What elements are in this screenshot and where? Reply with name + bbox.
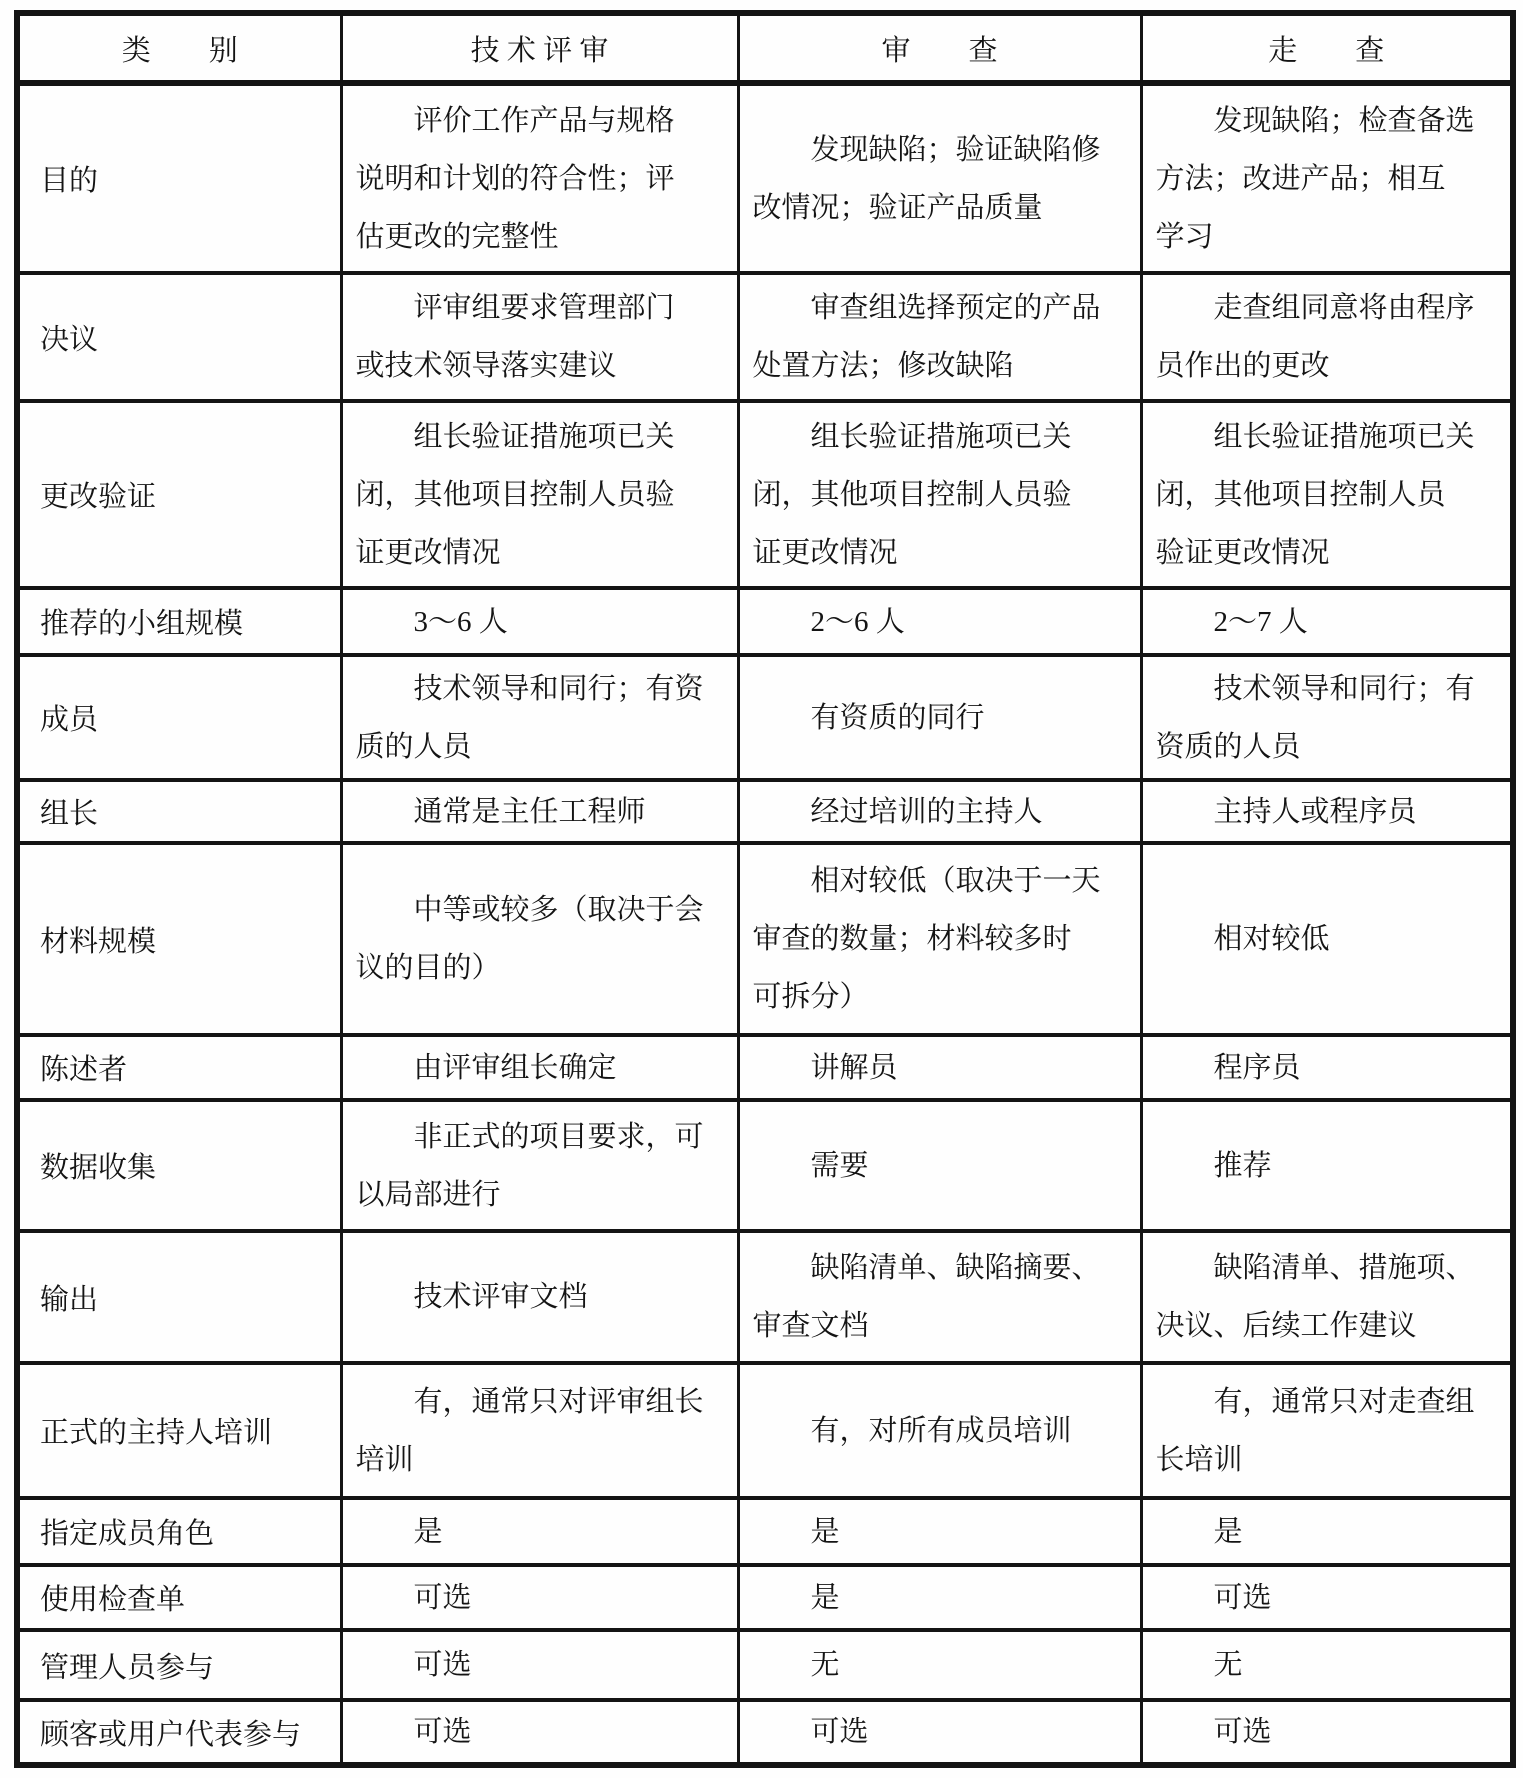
cell: 组长验证措施项已关 闭，其他项目控制人员验 证更改情况 [738,401,1141,588]
cell: 无 [1141,1630,1513,1700]
cell: 非正式的项目要求，可 以局部进行 [341,1100,738,1231]
cell-text: 相对较低（取决于一天 审查的数量；材料较多时 可拆分） [740,852,1140,1026]
cell-text: 中等或较多（取决于会 议的目的） [343,881,737,997]
cell-text: 是 [740,1569,1140,1627]
table-row: 成员 技术领导和同行；有资 质的人员 有资质的同行 技术领导和同行；有 资质的人… [17,655,1513,780]
cell: 有，通常只对走查组 长培训 [1141,1363,1513,1498]
cell-text: 有，对所有成员培训 [740,1402,1140,1460]
cell-text: 可选 [1143,1569,1511,1627]
cell: 是 [1141,1498,1513,1565]
cell: 是 [341,1498,738,1565]
cell-text: 主持人或程序员 [1143,783,1511,841]
row-label: 顾客或用户代表参与 [17,1700,341,1765]
cell-text: 可选 [740,1703,1140,1761]
cell-text: 由评审组长确定 [343,1039,737,1097]
cell-text: 可选 [343,1569,737,1627]
cell-text: 有资质的同行 [740,689,1140,747]
cell: 2～7 人 [1141,588,1513,655]
cell: 经过培训的主持人 [738,780,1141,843]
cell: 走查组同意将由程序 员作出的更改 [1141,273,1513,401]
row-label: 数据收集 [17,1100,341,1231]
cell-text: 技术领导和同行；有 资质的人员 [1143,660,1511,776]
cell: 评审组要求管理部门 或技术领导落实建议 [341,273,738,401]
cell: 技术领导和同行；有 资质的人员 [1141,655,1513,780]
row-label: 材料规模 [17,843,341,1035]
cell-text: 无 [1143,1636,1511,1694]
header-row: 类 别 技 术 评 审 审 查 走 查 [17,13,1513,83]
cell: 程序员 [1141,1035,1513,1100]
cell: 可选 [341,1630,738,1700]
cell-text: 可选 [343,1636,737,1694]
row-label: 组长 [17,780,341,843]
cell: 推荐 [1141,1100,1513,1231]
cell-text: 有，通常只对评审组长 培训 [343,1373,737,1489]
cell-text: 是 [343,1503,737,1561]
cell: 中等或较多（取决于会 议的目的） [341,843,738,1035]
table-row: 使用检查单 可选 是 可选 [17,1565,1513,1630]
cell: 缺陷清单、措施项、 决议、后续工作建议 [1141,1231,1513,1363]
scanned-page: 类 别 技 术 评 审 审 查 走 查 目的 评价工作产品与规格 说明和计划的符… [0,0,1523,1778]
header-category: 类 别 [17,13,341,83]
cell: 可选 [341,1700,738,1765]
cell-text: 技术领导和同行；有资 质的人员 [343,660,737,776]
cell-text: 缺陷清单、措施项、 决议、后续工作建议 [1143,1239,1511,1355]
cell: 发现缺陷；验证缺陷修 改情况；验证产品质量 [738,83,1141,273]
cell: 缺陷清单、缺陷摘要、 审查文档 [738,1231,1141,1363]
row-label: 输出 [17,1231,341,1363]
cell-text: 需要 [740,1137,1140,1195]
cell: 可选 [341,1565,738,1630]
cell: 发现缺陷；检查备选 方法；改进产品；相互 学习 [1141,83,1513,273]
cell-text: 技术评审文档 [343,1268,737,1326]
cell-text: 走查组同意将由程序 员作出的更改 [1143,279,1511,395]
table-row: 正式的主持人培训 有，通常只对评审组长 培训 有，对所有成员培训 有，通常只对走… [17,1363,1513,1498]
row-label: 更改验证 [17,401,341,588]
table-row: 指定成员角色 是 是 是 [17,1498,1513,1565]
cell-text: 有，通常只对走查组 长培训 [1143,1373,1511,1489]
row-label: 正式的主持人培训 [17,1363,341,1498]
cell: 2～6 人 [738,588,1141,655]
row-label: 成员 [17,655,341,780]
table-row: 更改验证 组长验证措施项已关 闭，其他项目控制人员验 证更改情况 组长验证措施项… [17,401,1513,588]
table-row: 决议 评审组要求管理部门 或技术领导落实建议 审查组选择预定的产品 处置方法；修… [17,273,1513,401]
cell: 评价工作产品与规格 说明和计划的符合性；评 估更改的完整性 [341,83,738,273]
table-row: 推荐的小组规模 3～6 人 2～6 人 2～7 人 [17,588,1513,655]
cell-text: 3～6 人 [343,593,737,651]
cell: 有，通常只对评审组长 培训 [341,1363,738,1498]
cell-text: 缺陷清单、缺陷摘要、 审查文档 [740,1239,1140,1355]
row-label: 目的 [17,83,341,273]
cell: 有，对所有成员培训 [738,1363,1141,1498]
cell: 由评审组长确定 [341,1035,738,1100]
cell: 无 [738,1630,1141,1700]
cell: 可选 [1141,1565,1513,1630]
cell: 技术领导和同行；有资 质的人员 [341,655,738,780]
table-row: 陈述者 由评审组长确定 讲解员 程序员 [17,1035,1513,1100]
cell-text: 发现缺陷；验证缺陷修 改情况；验证产品质量 [740,121,1140,237]
cell: 是 [738,1498,1141,1565]
cell: 相对较低 [1141,843,1513,1035]
table-row: 输出 技术评审文档 缺陷清单、缺陷摘要、 审查文档 缺陷清单、措施项、 决议、后… [17,1231,1513,1363]
cell: 有资质的同行 [738,655,1141,780]
cell-text: 评审组要求管理部门 或技术领导落实建议 [343,279,737,395]
cell: 可选 [1141,1700,1513,1765]
cell-text: 组长验证措施项已关 闭，其他项目控制人员 验证更改情况 [1143,408,1511,582]
cell: 是 [738,1565,1141,1630]
cell: 组长验证措施项已关 闭，其他项目控制人员 验证更改情况 [1141,401,1513,588]
table-row: 顾客或用户代表参与 可选 可选 可选 [17,1700,1513,1765]
header-walkthrough: 走 查 [1141,13,1513,83]
table-row: 材料规模 中等或较多（取决于会 议的目的） 相对较低（取决于一天 审查的数量；材… [17,843,1513,1035]
cell-text: 通常是主任工程师 [343,783,737,841]
cell: 通常是主任工程师 [341,780,738,843]
cell: 可选 [738,1700,1141,1765]
cell: 讲解员 [738,1035,1141,1100]
cell-text: 可选 [1143,1703,1511,1761]
cell-text: 组长验证措施项已关 闭，其他项目控制人员验 证更改情况 [343,408,737,582]
cell-text: 经过培训的主持人 [740,783,1140,841]
row-label: 陈述者 [17,1035,341,1100]
row-label: 指定成员角色 [17,1498,341,1565]
cell: 3～6 人 [341,588,738,655]
cell: 需要 [738,1100,1141,1231]
review-comparison-table: 类 别 技 术 评 审 审 查 走 查 目的 评价工作产品与规格 说明和计划的符… [14,10,1516,1768]
cell-text: 审查组选择预定的产品 处置方法；修改缺陷 [740,279,1140,395]
cell-text: 推荐 [1143,1137,1511,1195]
cell-text: 发现缺陷；检查备选 方法；改进产品；相互 学习 [1143,92,1511,266]
cell-text: 是 [740,1503,1140,1561]
cell-text: 2～7 人 [1143,593,1511,651]
cell-text: 非正式的项目要求，可 以局部进行 [343,1108,737,1224]
table-row: 组长 通常是主任工程师 经过培训的主持人 主持人或程序员 [17,780,1513,843]
row-label: 管理人员参与 [17,1630,341,1700]
cell-text: 无 [740,1636,1140,1694]
cell: 主持人或程序员 [1141,780,1513,843]
table-row: 管理人员参与 可选 无 无 [17,1630,1513,1700]
cell-text: 2～6 人 [740,593,1140,651]
cell-text: 可选 [343,1703,737,1761]
table-row: 数据收集 非正式的项目要求，可 以局部进行 需要 推荐 [17,1100,1513,1231]
table-body: 目的 评价工作产品与规格 说明和计划的符合性；评 估更改的完整性 发现缺陷；验证… [17,83,1513,1765]
cell: 审查组选择预定的产品 处置方法；修改缺陷 [738,273,1141,401]
cell-text: 组长验证措施项已关 闭，其他项目控制人员验 证更改情况 [740,408,1140,582]
table-header: 类 别 技 术 评 审 审 查 走 查 [17,13,1513,83]
cell-text: 相对较低 [1143,910,1511,968]
header-technical-review: 技 术 评 审 [341,13,738,83]
cell-text: 评价工作产品与规格 说明和计划的符合性；评 估更改的完整性 [343,92,737,266]
row-label: 推荐的小组规模 [17,588,341,655]
cell-text: 是 [1143,1503,1511,1561]
cell: 组长验证措施项已关 闭，其他项目控制人员验 证更改情况 [341,401,738,588]
cell-text: 讲解员 [740,1039,1140,1097]
table-row: 目的 评价工作产品与规格 说明和计划的符合性；评 估更改的完整性 发现缺陷；验证… [17,83,1513,273]
row-label: 使用检查单 [17,1565,341,1630]
cell: 相对较低（取决于一天 审查的数量；材料较多时 可拆分） [738,843,1141,1035]
cell-text: 程序员 [1143,1039,1511,1097]
header-inspection: 审 查 [738,13,1141,83]
row-label: 决议 [17,273,341,401]
cell: 技术评审文档 [341,1231,738,1363]
